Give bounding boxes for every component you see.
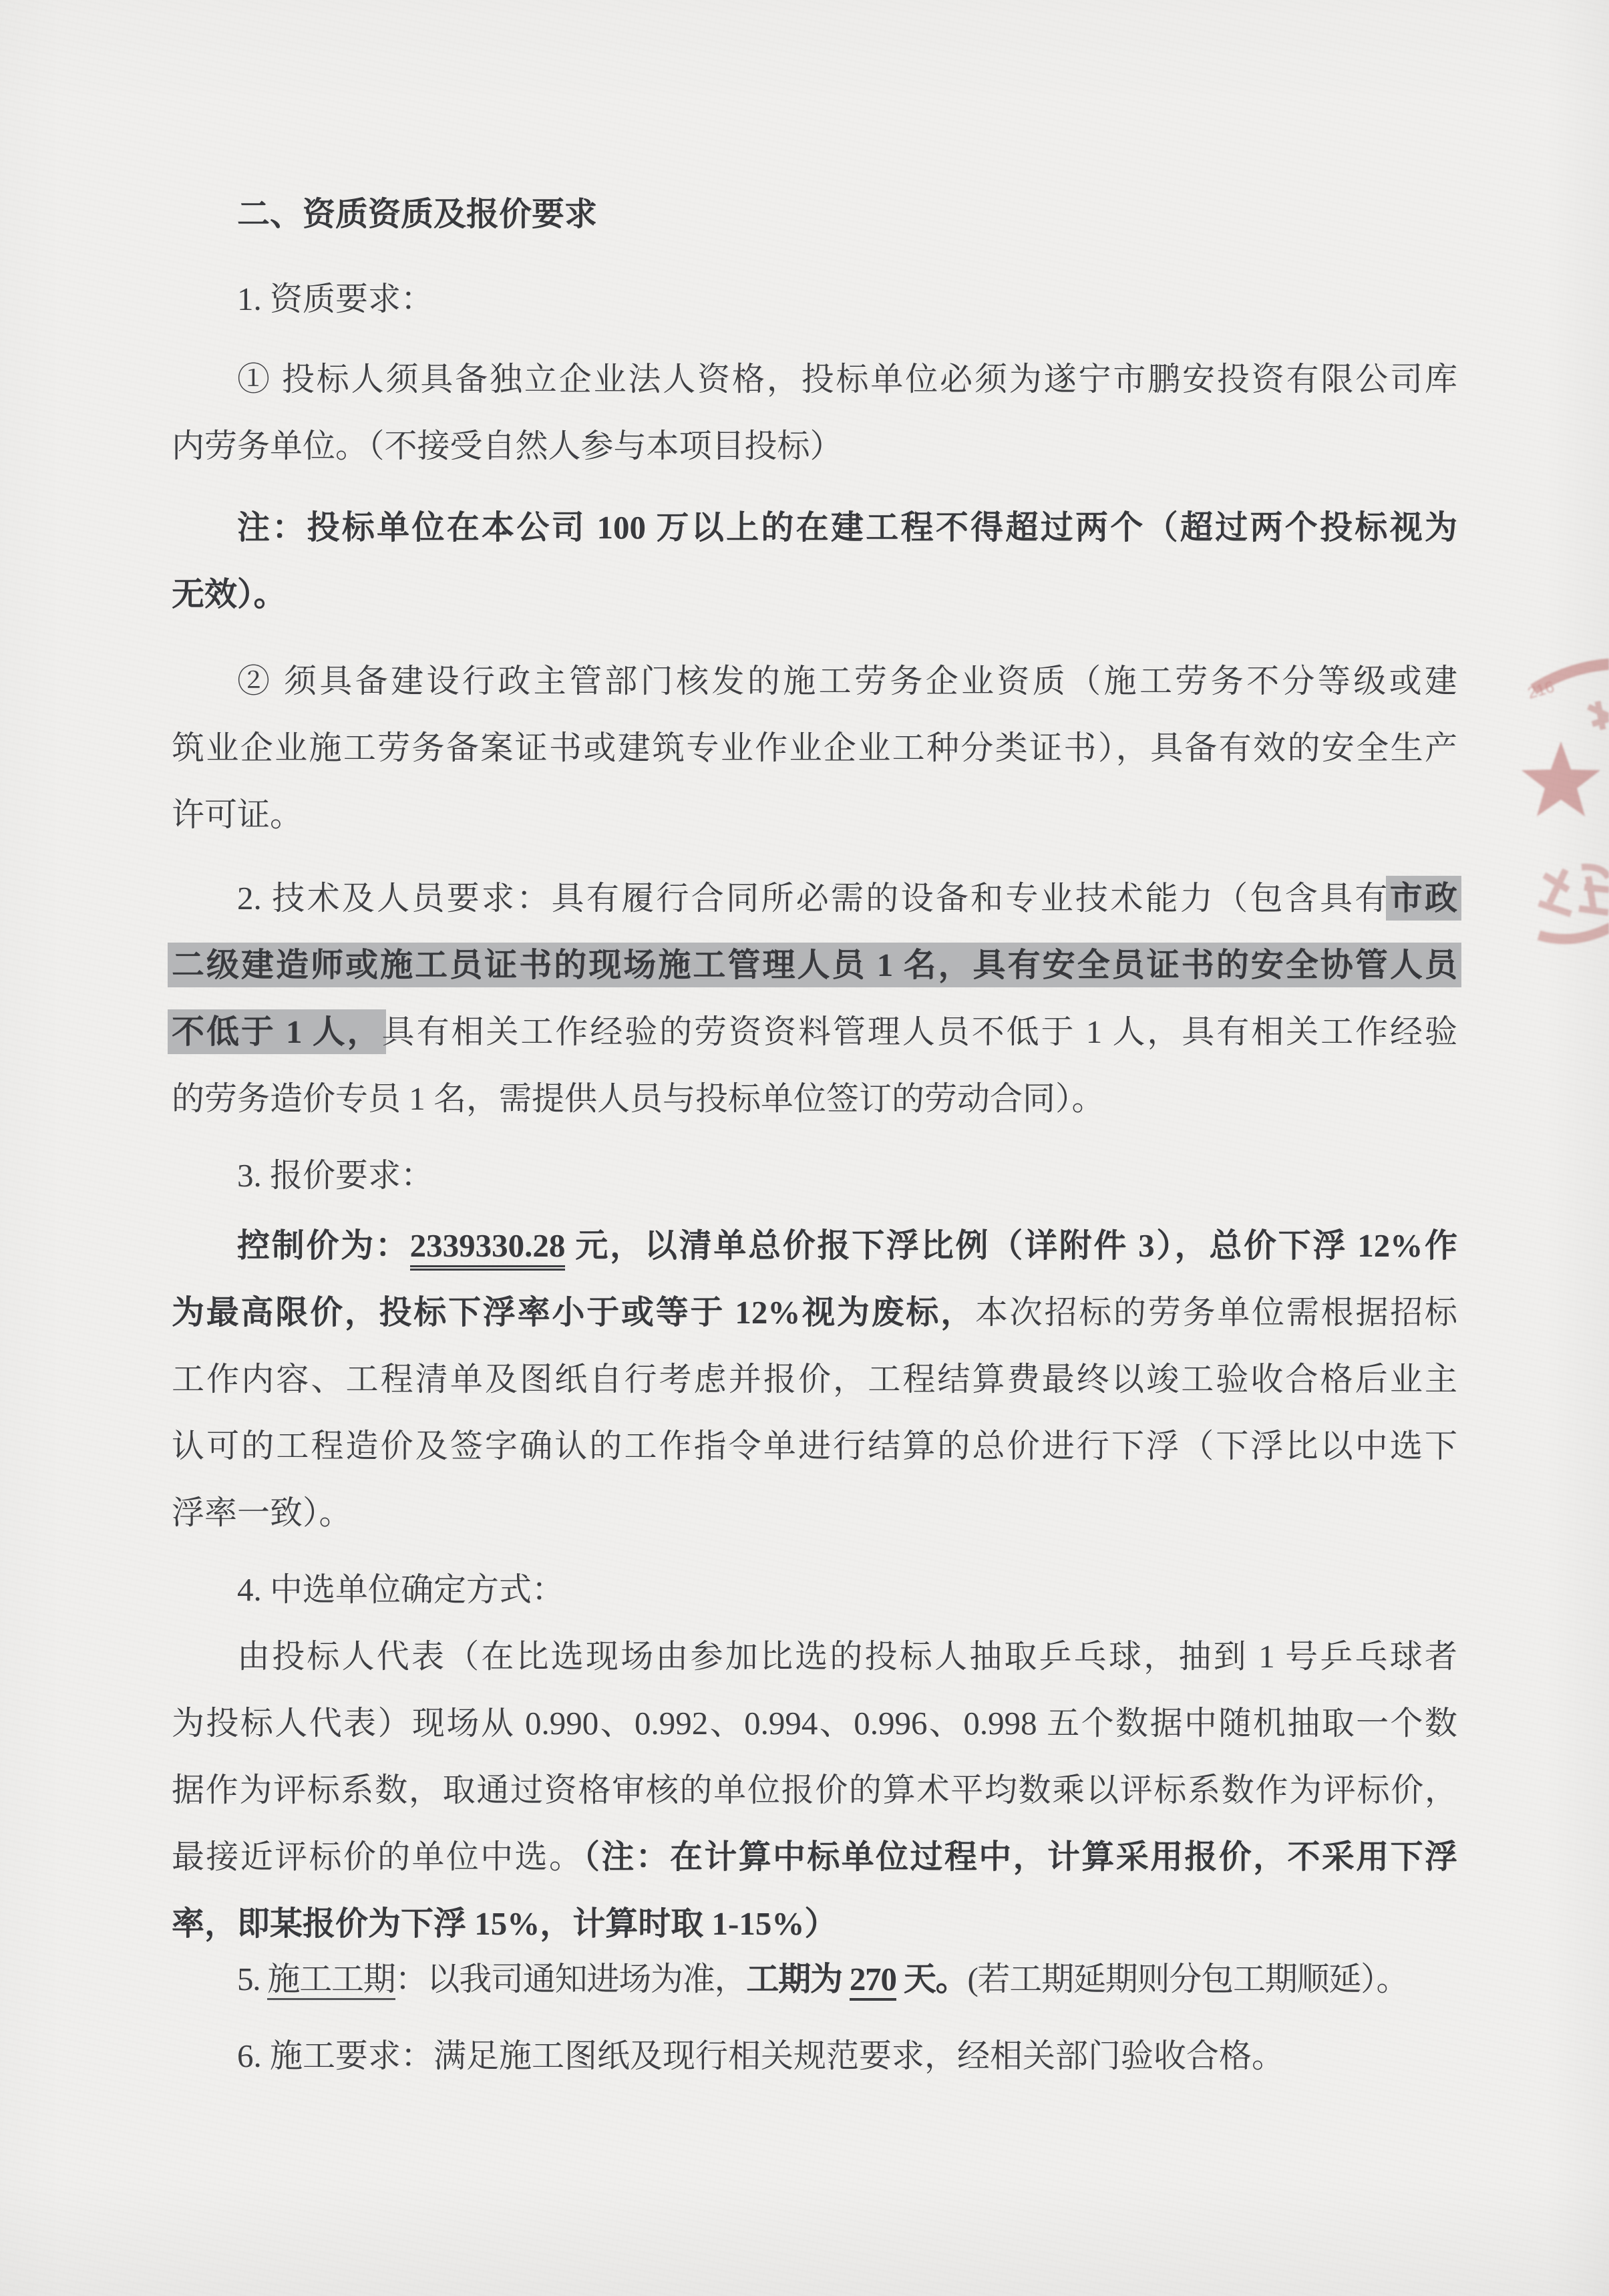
item-1-label: 1. 资质要求： [237,281,433,317]
clause-1-bidder-qualification: ① 投标人须具备独立企业法人资格，投标单位必须为遂宁市鹏安投资有限公司库 内劳务… [172,346,1457,480]
stamp-character-fragment [1588,701,1609,729]
clause-2-labor-qualification: ② 须具备建设行政主管部门核发的施工劳务企业资质（施工劳务不分等级或建 筑业企业… [172,648,1457,848]
item-3-quote-requirements: 3. 报价要求： [172,1142,1457,1209]
stamp-bottom-arc [1539,927,1609,939]
stamp-serial-text: 216 [1526,678,1556,703]
control-price-value: 2339330.28 [410,1227,566,1271]
red-official-stamp-fragment: 216 [1509,655,1609,962]
duration-value: 270 [850,1961,896,2001]
section-heading: 二、资质资质及报价要求 [172,181,1457,248]
section-heading-text: 二、资质资质及报价要求 [237,196,597,232]
para-selection-process: 由投标人代表（在比选现场由参加比选的投标人抽取乒乓球，抽到 1 号乒乓球者 为投… [172,1623,1457,1957]
item-4-selection-method: 4. 中选单位确定方式： [172,1556,1457,1623]
scanned-document-page: 二、资质资质及报价要求 1. 资质要求： ① 投标人须具备独立企业法人资格，投标… [0,0,1609,2296]
stamp-characters-bottom [1539,867,1609,914]
item-5-construction-period: 5. 施工工期：以我司通知进场为准，工期为 270 天。(若工期延期则分包工期顺… [172,1946,1457,2013]
item-1-qualification-requirements: 1. 资质要求： [172,266,1457,333]
highlighted-text: 二级建造师或施工员证书的现场施工管理人员 1 名，具有安全员证书的安全协管人员 [172,947,1457,983]
highlighted-text: 不低于 1 人， [172,1013,382,1050]
note-max-projects: 注：投标单位在本公司 100 万以上的在建工程不得超过两个（超过两个投标视为 无… [172,494,1457,628]
highlighted-text: 市政 [1390,880,1457,917]
item-3-label: 3. 报价要求： [237,1157,433,1194]
item-2-technical-personnel-requirements: 2. 技术及人员要求：具有履行合同所必需的设备和专业技术能力（包含具有市政 二级… [172,865,1457,1132]
item-4-label: 4. 中选单位确定方式： [237,1571,564,1608]
stamp-star-icon [1522,742,1600,816]
para-control-price: 控制价为：2339330.28 元，以清单总价报下浮比例（详附件 3），总价下浮… [172,1212,1457,1546]
item-6-construction-requirements: 6. 施工要求：满足施工图纸及现行相关规范要求，经相关部门验收合格。 [172,2023,1457,2090]
